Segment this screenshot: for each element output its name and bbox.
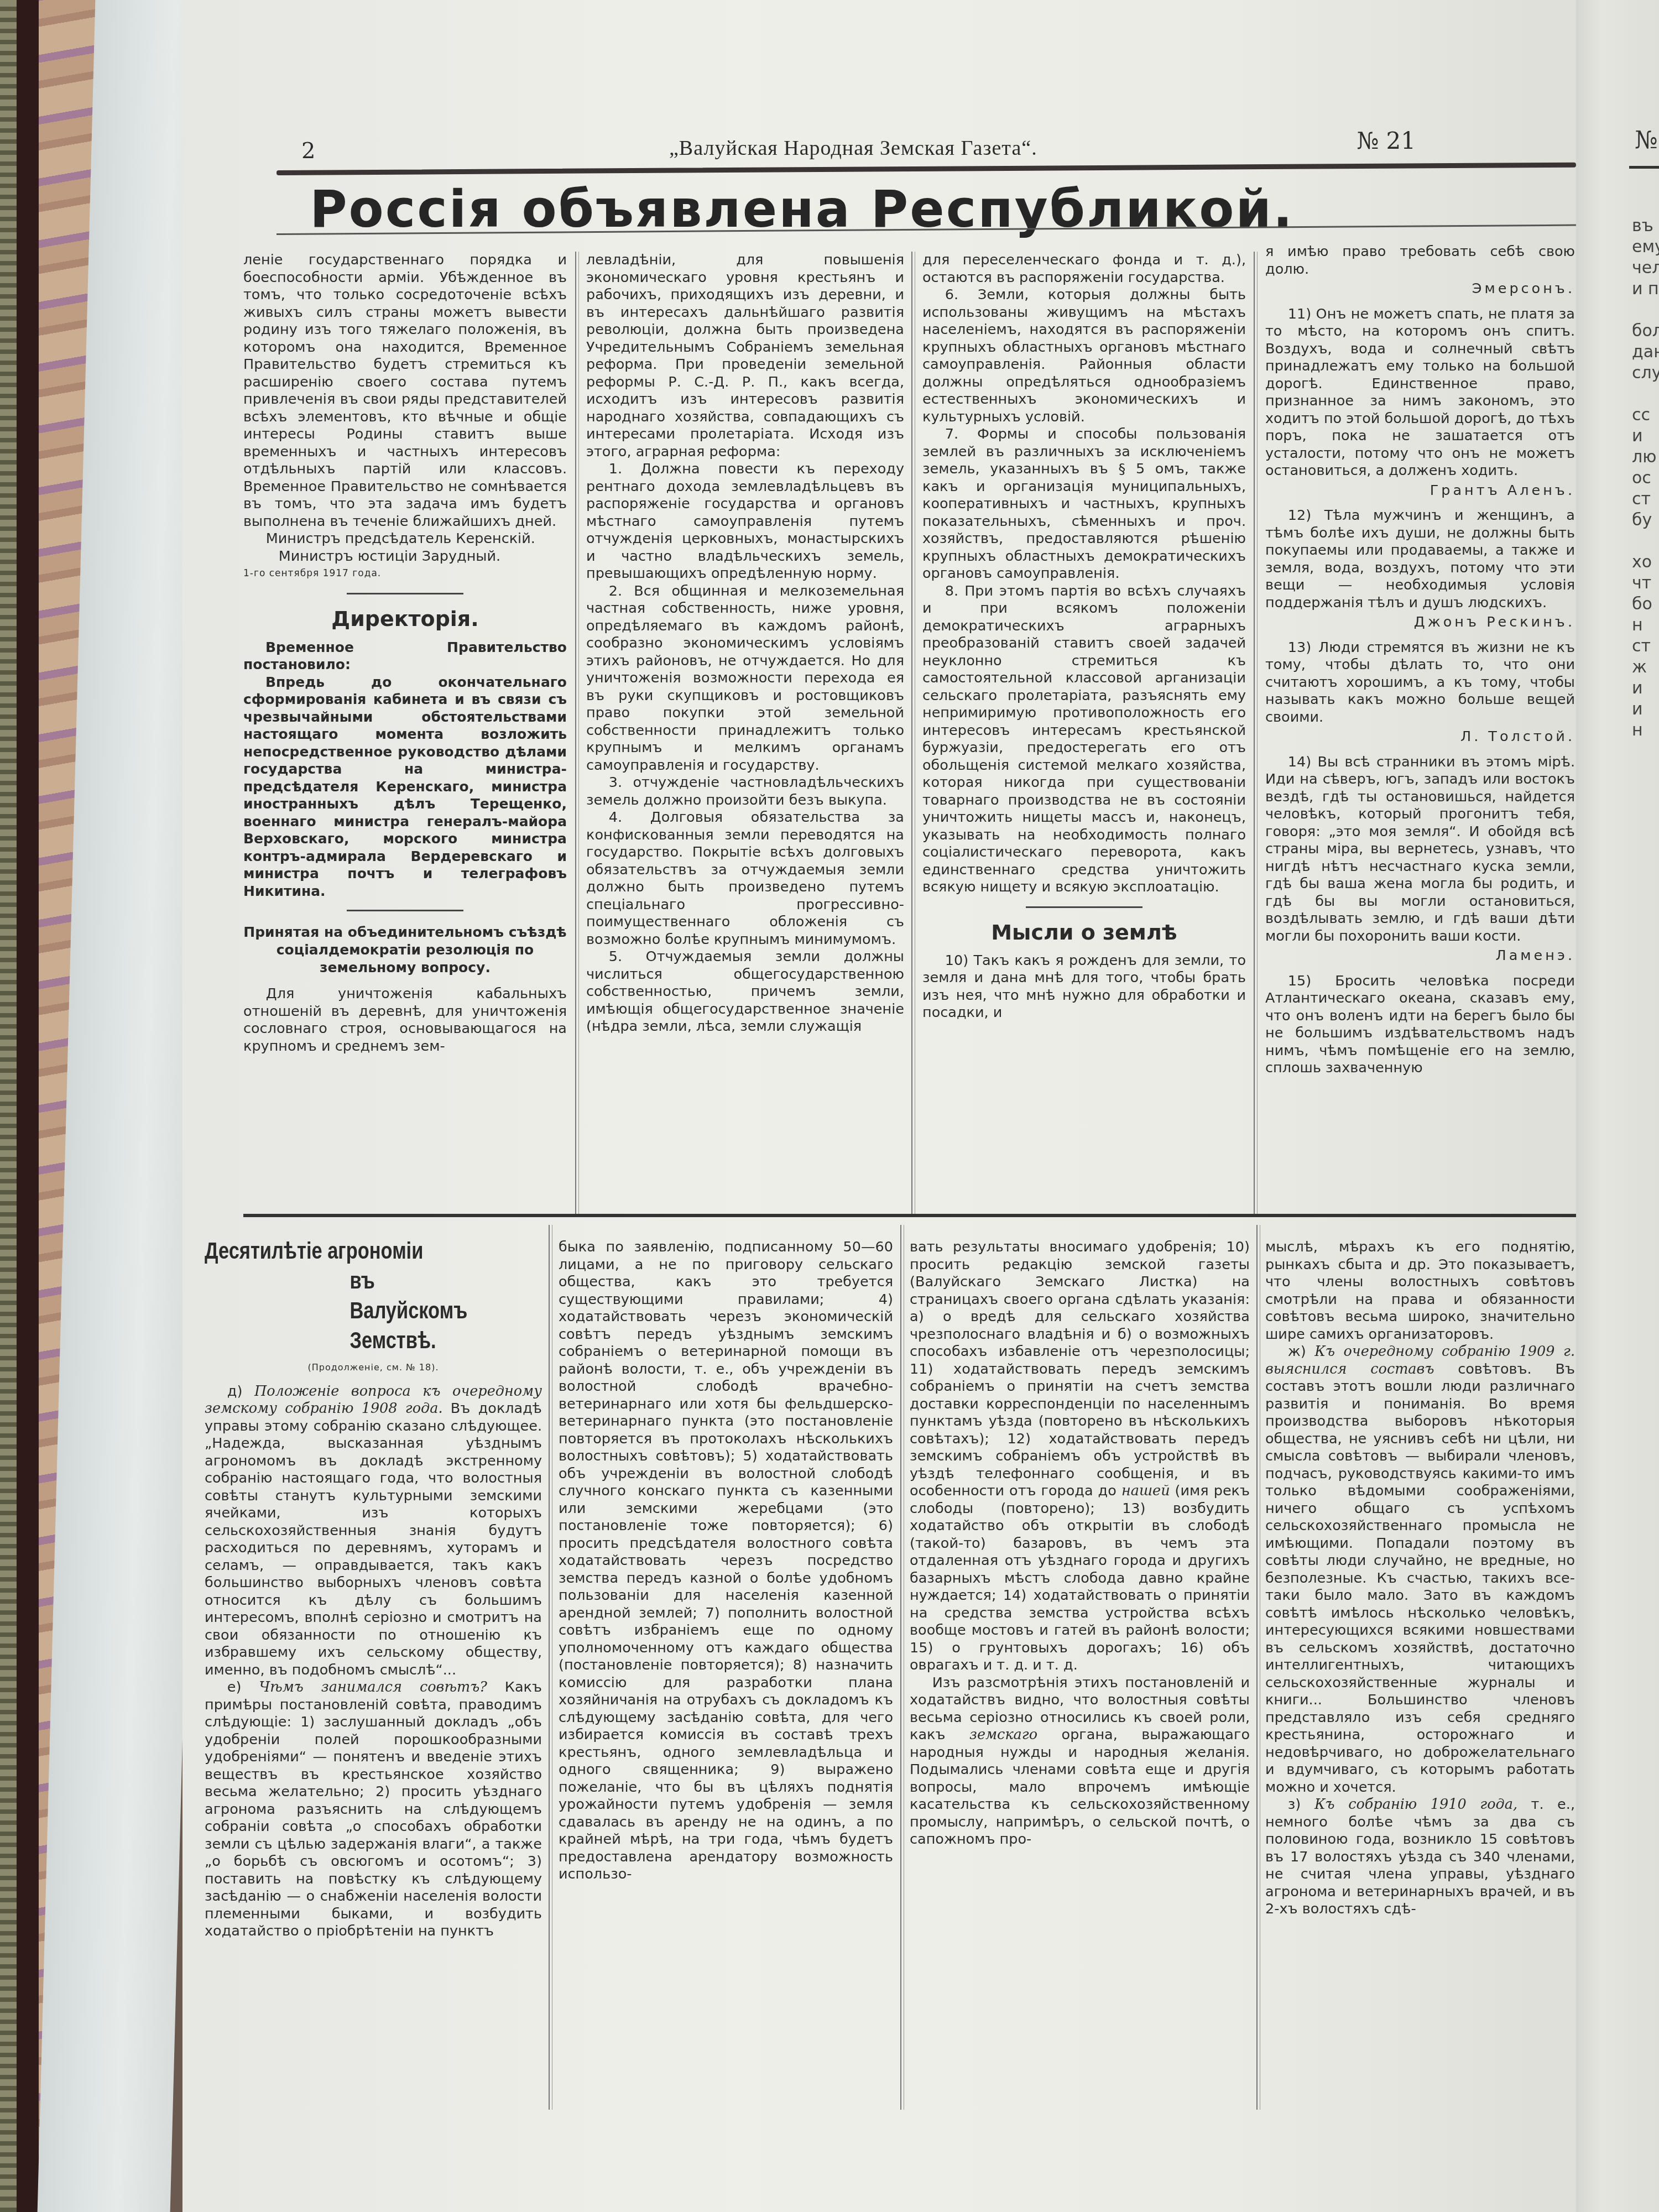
resolution-text: Для уничтоженія кабальныхъ отношеній въ … [243, 985, 567, 1055]
text-span: (имя рекъ слободы (повторено); 13) возбу… [910, 1483, 1250, 1673]
section-d-label: д) [227, 1383, 243, 1400]
adjacent-issue-label: № [1635, 126, 1658, 154]
agronomy-col4-text: мыслѣ, мѣрахъ къ его поднятію, рынкахъ с… [1265, 1239, 1575, 1343]
resolution-item-1: 1. Должна повести къ переходу рентнаго д… [586, 461, 904, 583]
section-e-text: Какъ примѣры постановленій совѣта, право… [205, 1679, 542, 1939]
author-ruskin: Джонъ Рескинъ. [1265, 614, 1575, 632]
italic-word: нашей [1121, 1483, 1170, 1499]
headline-rule-top [276, 163, 1576, 175]
section-e-heading: Чѣмъ занимался совѣтъ? [259, 1679, 487, 1695]
column-rule [549, 1225, 552, 2110]
carpet-fringe [0, 0, 17, 2212]
agronomy-headline-line2: въ Валуйскомъ Земствѣ. [205, 1266, 481, 1355]
newspaper-page: 2 „Валуйская Народная Земская Газета“. №… [182, 0, 1576, 2212]
thought-10-end: я имѣю право требовать себѣ свою долю. [1265, 243, 1575, 278]
author-tolstoy: Л. Толстой. [1265, 728, 1575, 746]
thought-10: 10) Такъ какъ я рожденъ для земли, то зе… [922, 952, 1246, 1022]
section-z-label: з) [1288, 1796, 1301, 1813]
column-1: леніе государственнаго порядка и боеспос… [243, 252, 567, 1055]
column-3: для переселенческаго фонда и т. д.), ост… [922, 252, 1246, 1022]
author-lamennais: Ламенэ. [1265, 947, 1575, 965]
signature-kerensky: Министръ предсѣдатель Керенскій. [243, 530, 567, 548]
resolution-continued: левладѣніи, для повышенія экономическаго… [586, 252, 904, 461]
text-span: вать результаты вносимаго удобренія; 10)… [910, 1239, 1250, 1499]
adjacent-page-fragment: № въ ему чел и п бол дан слу сс и лю ос … [1565, 0, 1659, 2212]
thought-15: 15) Бросить человѣка посреди Атлантическ… [1265, 973, 1575, 1077]
text-span: органа, выражающаго народныя нужды и нар… [910, 1726, 1250, 1848]
section-e: е) Чѣмъ занимался совѣтъ? Какъ примѣры п… [205, 1679, 542, 1940]
resolution-item-6: 6. Земли, которыя должны быть использова… [922, 286, 1246, 426]
masthead: 2 „Валуйская Народная Земская Газета“. №… [182, 127, 1576, 160]
agronomy-headline: Десятилѣтіе агрономіи въ Валуйскомъ Земс… [205, 1236, 481, 1355]
section-zh-text: совѣтовъ. Въ составъ этотъ вошли люди ра… [1265, 1361, 1575, 1796]
section-divider [347, 593, 463, 594]
column-rule [1254, 252, 1258, 1214]
column-rule [900, 1225, 904, 2110]
agronomy-column-2: быка по заявленію, подписанному 50—60 ли… [559, 1239, 893, 1884]
page-number: 2 [301, 138, 315, 164]
agronomy-col3-text: вать результаты вносимаго удобренія; 10)… [910, 1239, 1250, 1674]
thought-11: 11) Онъ не можетъ спать, не платя за то … [1265, 306, 1575, 480]
resolution-heading: Принятая на объединительномъ съѣздѣ соці… [243, 924, 567, 977]
section-divider [1026, 906, 1142, 908]
issue-number: № 21 [1357, 127, 1416, 154]
resolution-item-5: 5. Отчуждаемыя земли должны числиться об… [586, 948, 904, 1036]
agronomy-column-1: Десятилѣтіе агрономіи въ Валуйскомъ Земс… [205, 1230, 542, 1940]
agronomy-col3-conclusion: Изъ разсмотрѣнія этихъ постановленій и х… [910, 1674, 1250, 1849]
continued-note: (Продолженіе, см. № 18). [205, 1359, 542, 1376]
proclamation-date: 1-го сентября 1917 года. [243, 565, 567, 583]
proclamation-text: леніе государственнаго порядка и боеспос… [243, 252, 567, 530]
column-2: левладѣніи, для повышенія экономическаго… [586, 252, 904, 1036]
author-emerson: Эмерсонъ. [1265, 280, 1575, 298]
directory-heading: Директорія. [243, 607, 567, 631]
adjacent-rule [1629, 166, 1659, 169]
agronomy-column-4: мыслѣ, мѣрахъ къ его поднятію, рынкахъ с… [1265, 1239, 1575, 1918]
directory-decree: Временное Правительство постановило: Впр… [243, 639, 567, 900]
adjacent-text-fragment: въ ему чел и п бол дан слу сс и лю ос ст… [1632, 216, 1659, 741]
section-z: з) Къ собранію 1910 года, т. е., немного… [1265, 1796, 1575, 1918]
resolution-item-3: 3. отчужденіе частновладѣльческихъ земел… [586, 774, 904, 809]
resolution-item-4: 4. Долговыя обязательства за конфискован… [586, 809, 904, 948]
section-zh: ж) Къ очередному собранію 1909 г. выясни… [1265, 1343, 1575, 1796]
thought-14: 14) Вы всѣ странники въ этомъ мірѣ. Иди … [1265, 754, 1575, 946]
thought-12: 12) Тѣла мужчинъ и женщинъ, а тѣмъ болѣе… [1265, 507, 1575, 612]
author-grant-allen: Грантъ Аленъ. [1265, 482, 1575, 500]
column-rule [911, 252, 915, 1214]
section-e-label: е) [227, 1679, 242, 1695]
section-z-text: т. е., немного болѣе чѣмъ за два съ поло… [1265, 1796, 1575, 1917]
resolution-item-8: 8. При этомъ партія во всѣхъ случаяхъ и … [922, 583, 1246, 896]
signature-zarudny: Министръ юстиціи Зарудный. [243, 548, 567, 566]
resolution-item-2: 2. Вся общинная и мелкоземельная частная… [586, 583, 904, 775]
section-zh-label: ж) [1288, 1343, 1306, 1360]
column-4: я имѣю право требовать себѣ свою долю. Э… [1265, 243, 1575, 1077]
agronomy-headline-line1: Десятилѣтіе агрономіи [205, 1238, 423, 1264]
section-d-text: Въ докладѣ управы этому собранію сказано… [205, 1400, 542, 1678]
agronomy-col2-text: быка по заявленію, подписанному 50—60 ли… [559, 1239, 893, 1884]
section-z-heading: Къ собранію 1910 года, [1314, 1796, 1517, 1813]
agronomy-column-3: вать результаты вносимаго удобренія; 10)… [910, 1239, 1250, 1849]
thoughts-heading: Мысли о землѣ [922, 920, 1246, 945]
resolution-item-7: 7. Формы и способы пользованія землей въ… [922, 426, 1246, 583]
column-rule [1256, 1225, 1260, 2110]
section-divider [347, 910, 463, 911]
directory-text: Впредь до окончательнаго сформированія к… [243, 674, 567, 900]
paper-title: „Валуйская Народная Земская Газета“. [669, 136, 1037, 160]
thought-13: 13) Люди стремятся въ жизни не къ тому, … [1265, 639, 1575, 727]
resolution-item-5-end: для переселенческаго фонда и т. д.), ост… [922, 252, 1246, 286]
directory-intro: Временное Правительство постановило: [243, 639, 567, 674]
column-rule [575, 252, 579, 1214]
italic-word: земскаго [969, 1726, 1037, 1743]
section-rule [243, 1214, 1576, 1217]
section-d: д) Положеніе вопроса къ очередному земск… [205, 1383, 542, 1679]
